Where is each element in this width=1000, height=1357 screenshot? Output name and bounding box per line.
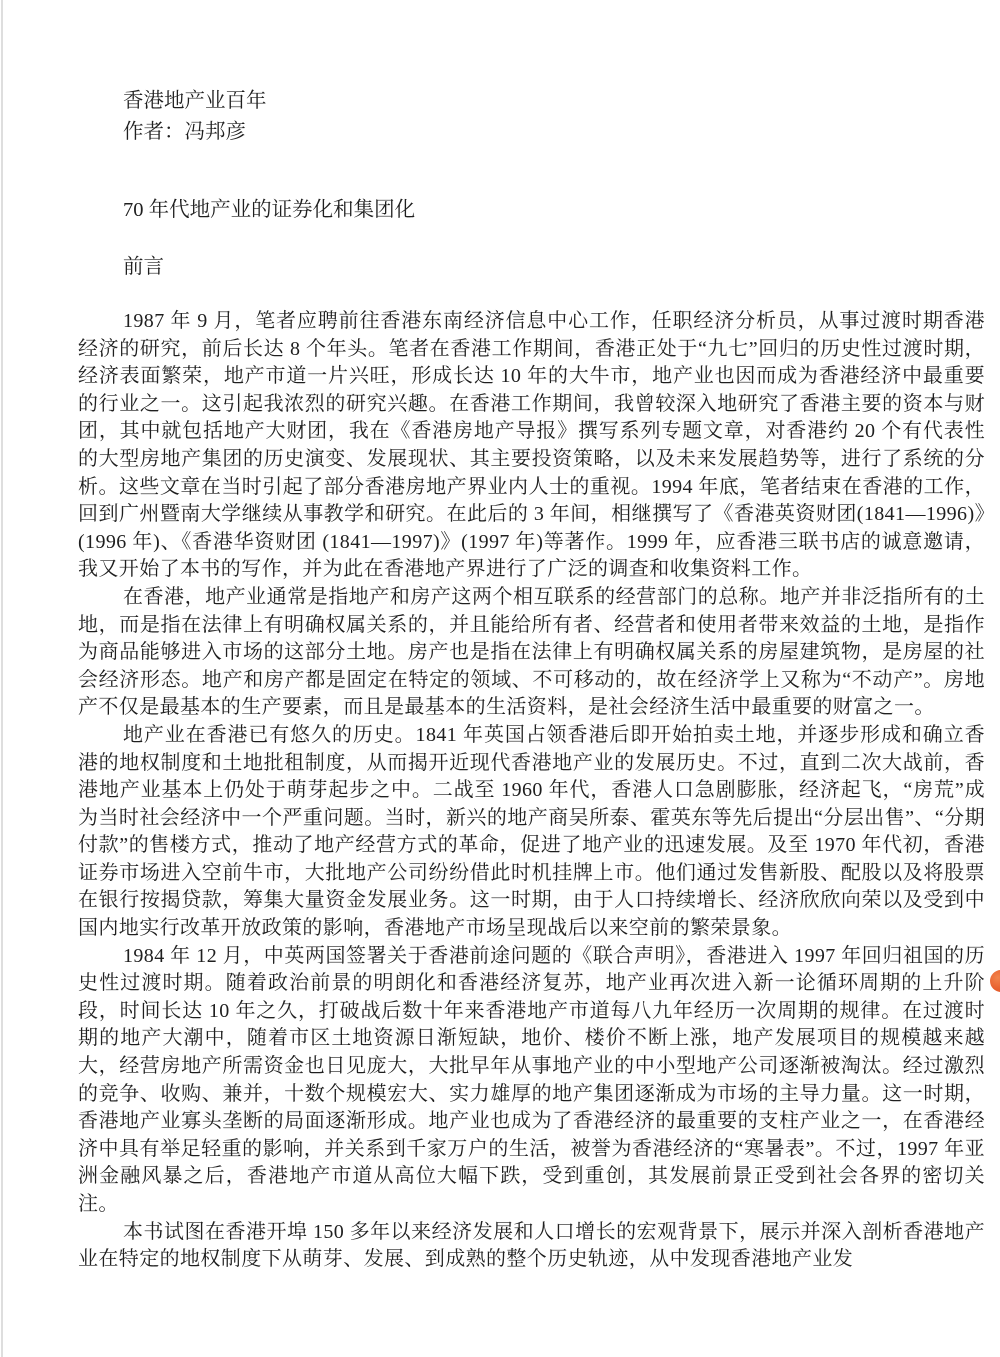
document-author: 作者：冯邦彦	[123, 117, 1000, 148]
paragraph-definition: 在香港，地产业通常是指地产和房产这两个相互联系的经营部门的总称。地产并非泛指所有…	[78, 584, 985, 722]
annotation-marker-icon[interactable]	[990, 970, 1000, 992]
document-header: 香港地产业百年 作者：冯邦彦	[123, 0, 1000, 148]
paragraph-history: 地产业在香港已有悠久的历史。1841 年英国占领香港后即开始拍卖土地，并逐步形成…	[78, 722, 985, 943]
paragraph-transition: 1984 年 12 月，中英两国签署关于香港前途问题的《联合声明》，香港进入 1…	[78, 943, 985, 1219]
document-body: 1987 年 9 月，笔者应聘前往香港东南经济信息中心工作，任职经济分析员，从事…	[78, 308, 985, 1274]
paragraph-intro: 1987 年 9 月，笔者应聘前往香港东南经济信息中心工作，任职经济分析员，从事…	[78, 308, 985, 584]
preface-heading: 前言	[123, 252, 1000, 283]
chapter-heading: 70 年代地产业的证券化和集团化	[123, 195, 1000, 226]
paragraph-book-aim: 本书试图在香港开埠 150 多年以来经济发展和人口增长的宏观背景下，展示并深入剖…	[78, 1219, 985, 1274]
document-page: 香港地产业百年 作者：冯邦彦 70 年代地产业的证券化和集团化 前言 1987 …	[0, 0, 1000, 1357]
document-title: 香港地产业百年	[123, 86, 1000, 117]
page-left-edge-divider	[1, 0, 3, 1357]
